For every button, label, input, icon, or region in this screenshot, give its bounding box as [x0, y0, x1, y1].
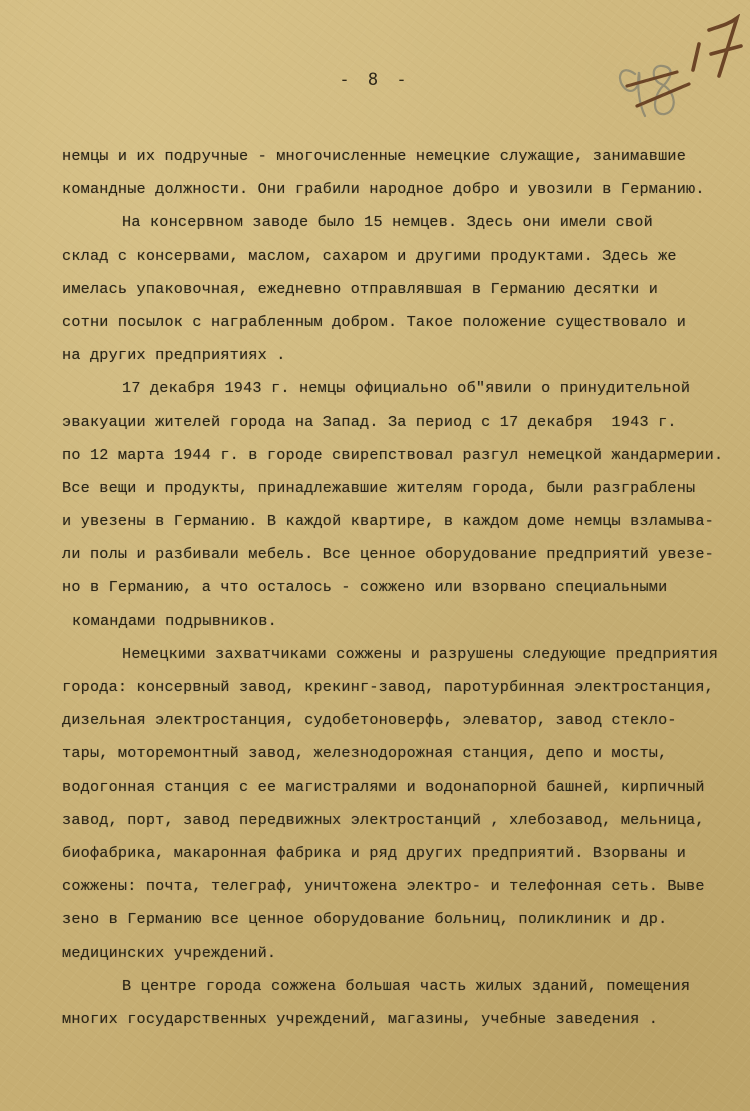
text-line: 17 декабря 1943 г. немцы официально об"я…: [62, 372, 750, 405]
text-line: ли полы и разбивали мебель. Все ценное о…: [62, 538, 750, 571]
text-line: на других предприятиях .: [62, 339, 750, 372]
paragraph-2: На консервном заводе было 15 немцев. Зде…: [62, 206, 750, 372]
text-line: командные должности. Они грабили народно…: [62, 173, 750, 206]
text-line: имелась упаковочная, ежедневно отправляв…: [62, 273, 750, 306]
text-line: немцы и их подручные - многочисленные не…: [62, 140, 750, 173]
ink-folio-17: [693, 18, 741, 76]
text-line: и увезены в Германию. В каждой квартире,…: [62, 505, 750, 538]
text-line: дизельная электростанция, судобетоноверф…: [62, 704, 750, 737]
text-line: многих государственных учреждений, магаз…: [62, 1003, 750, 1036]
text-line: сотни посылок с награбленным добром. Так…: [62, 306, 750, 339]
paragraph-1: немцы и их подручные - многочисленные не…: [62, 140, 750, 206]
text-line: завод, порт, завод передвижных электрост…: [62, 804, 750, 837]
document-page: - 8 - немцы и их подручные - многочислен…: [0, 0, 750, 1111]
text-line: по 12 марта 1944 г. в городе свирепствов…: [62, 439, 750, 472]
text-line: командами подрывников.: [62, 605, 750, 638]
text-line: эвакуации жителей города на Запад. За пе…: [62, 406, 750, 439]
paragraph-5: В центре города сожжена большая часть жи…: [62, 970, 750, 1036]
pencil-folio-98: [620, 66, 674, 116]
text-line: Немецкими захватчиками сожжены и разруше…: [62, 638, 750, 671]
text-line: биофабрика, макаронная фабрика и ряд дру…: [62, 837, 750, 870]
text-line: тары, моторемонтный завод, железнодорожн…: [62, 737, 750, 770]
text-line: Все вещи и продукты, принадлежавшие жите…: [62, 472, 750, 505]
text-line: водогонная станция с ее магистралями и в…: [62, 771, 750, 804]
text-line: но в Германию, а что осталось - сожжено …: [62, 571, 750, 604]
text-line: медицинских учреждений.: [62, 937, 750, 970]
text-line: сожжены: почта, телеграф, уничтожена эле…: [62, 870, 750, 903]
text-line: зено в Германию все ценное оборудование …: [62, 903, 750, 936]
text-line: города: консервный завод, крекинг-завод,…: [62, 671, 750, 704]
document-body: немцы и их подручные - многочисленные не…: [62, 140, 750, 1036]
paragraph-4: Немецкими захватчиками сожжены и разруше…: [62, 638, 750, 970]
paragraph-3: 17 декабря 1943 г. немцы официально об"я…: [62, 372, 750, 638]
text-line: На консервном заводе было 15 немцев. Зде…: [62, 206, 750, 239]
text-line: склад с консервами, маслом, сахаром и др…: [62, 240, 750, 273]
text-line: В центре города сожжена большая часть жи…: [62, 970, 750, 1003]
handwritten-folio-number: [605, 14, 745, 124]
